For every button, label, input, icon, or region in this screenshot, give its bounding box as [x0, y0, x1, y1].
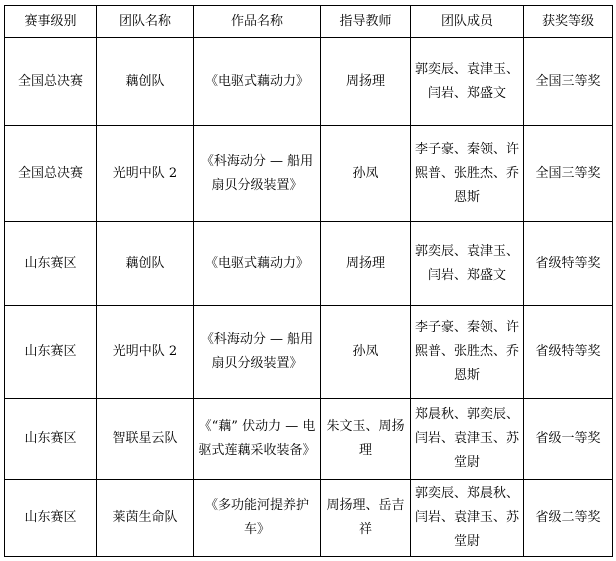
award-level-cell: 省级特等奖	[524, 222, 613, 306]
team-name-cell: 智联星云队	[97, 399, 194, 480]
team-name-cell: 藕创队	[97, 222, 194, 306]
header-members: 团队成员	[411, 6, 524, 38]
award-level-cell: 省级一等奖	[524, 399, 613, 480]
table-row: 全国总决赛 藕创队 《电驱式藕动力》 周扬理 郭奕辰、袁津玉、闫岩、郑盛文 全国…	[5, 38, 613, 126]
advisor-cell: 孙凤	[321, 306, 411, 399]
award-level-cell: 全国三等奖	[524, 126, 613, 222]
competition-level-cell: 山东赛区	[5, 480, 97, 557]
members-cell: 郭奕辰、袁津玉、闫岩、郑盛文	[411, 38, 524, 126]
advisor-cell: 孙凤	[321, 126, 411, 222]
advisor-cell: 周扬理	[321, 222, 411, 306]
team-name-cell: 光明中队 2	[97, 306, 194, 399]
work-title-cell: 《电驱式藕动力》	[194, 38, 321, 126]
table-row: 全国总决赛 光明中队 2 《科海动分 — 船用扇贝分级装置》 孙凤 李子豪、秦领…	[5, 126, 613, 222]
work-title-cell: 《“藕” 伏动力 — 电驱式莲藕采收装备》	[194, 399, 321, 480]
awards-table: 赛事级别 团队名称 作品名称 指导教师 团队成员 获奖等级 全国总决赛 藕创队 …	[4, 5, 613, 557]
header-work-title: 作品名称	[194, 6, 321, 38]
header-team-name: 团队名称	[97, 6, 194, 38]
members-cell: 李子豪、秦领、许熙普、张胜杰、乔恩斯	[411, 306, 524, 399]
table-row: 山东赛区 藕创队 《电驱式藕动力》 周扬理 郭奕辰、袁津玉、闫岩、郑盛文 省级特…	[5, 222, 613, 306]
advisor-cell: 周扬理、岳吉祥	[321, 480, 411, 557]
work-title-cell: 《多功能河提养护车》	[194, 480, 321, 557]
table-header-row: 赛事级别 团队名称 作品名称 指导教师 团队成员 获奖等级	[5, 6, 613, 38]
header-advisor: 指导教师	[321, 6, 411, 38]
header-competition-level: 赛事级别	[5, 6, 97, 38]
document-page: 赛事级别 团队名称 作品名称 指导教师 团队成员 获奖等级 全国总决赛 藕创队 …	[0, 0, 616, 561]
members-cell: 李子豪、秦领、许熙普、张胜杰、乔恩斯	[411, 126, 524, 222]
award-level-cell: 省级二等奖	[524, 480, 613, 557]
work-title-cell: 《科海动分 — 船用扇贝分级装置》	[194, 126, 321, 222]
team-name-cell: 光明中队 2	[97, 126, 194, 222]
competition-level-cell: 山东赛区	[5, 306, 97, 399]
advisor-cell: 朱文玉、周扬理	[321, 399, 411, 480]
award-level-cell: 全国三等奖	[524, 38, 613, 126]
award-level-cell: 省级特等奖	[524, 306, 613, 399]
competition-level-cell: 山东赛区	[5, 399, 97, 480]
members-cell: 郭奕辰、袁津玉、闫岩、郑盛文	[411, 222, 524, 306]
team-name-cell: 藕创队	[97, 38, 194, 126]
competition-level-cell: 山东赛区	[5, 222, 97, 306]
table-row: 山东赛区 智联星云队 《“藕” 伏动力 — 电驱式莲藕采收装备》 朱文玉、周扬理…	[5, 399, 613, 480]
work-title-cell: 《电驱式藕动力》	[194, 222, 321, 306]
work-title-cell: 《科海动分 — 船用扇贝分级装置》	[194, 306, 321, 399]
competition-level-cell: 全国总决赛	[5, 38, 97, 126]
advisor-cell: 周扬理	[321, 38, 411, 126]
members-cell: 郭奕辰、郑晨秋、闫岩、袁津玉、苏堂尉	[411, 480, 524, 557]
competition-level-cell: 全国总决赛	[5, 126, 97, 222]
members-cell: 郑晨秋、郭奕辰、闫岩、袁津玉、苏堂尉	[411, 399, 524, 480]
table-row: 山东赛区 光明中队 2 《科海动分 — 船用扇贝分级装置》 孙凤 李子豪、秦领、…	[5, 306, 613, 399]
table-row: 山东赛区 莱茵生命队 《多功能河提养护车》 周扬理、岳吉祥 郭奕辰、郑晨秋、闫岩…	[5, 480, 613, 557]
team-name-cell: 莱茵生命队	[97, 480, 194, 557]
header-award-level: 获奖等级	[524, 6, 613, 38]
